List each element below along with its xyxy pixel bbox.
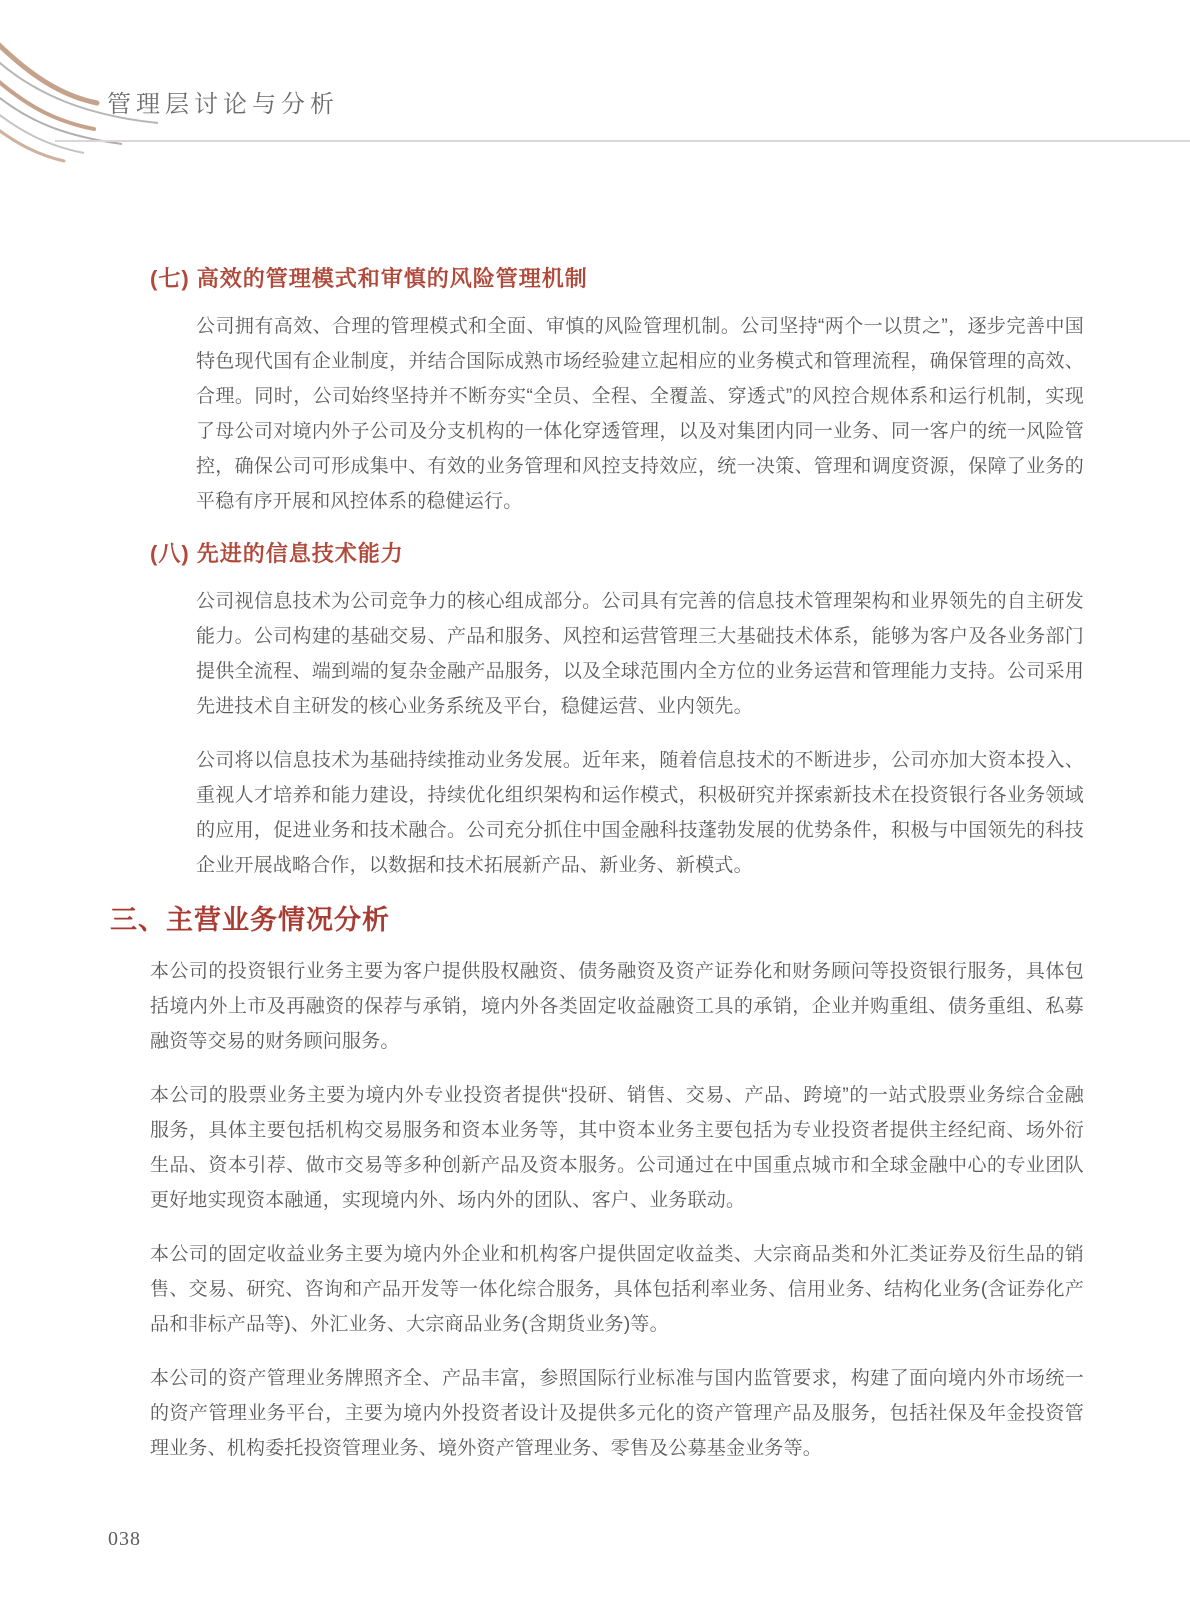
section-8-paragraph-1: 公司视信息技术为公司竞争力的核心组成部分。公司具有完善的信息技术管理架构和业界领… [196, 584, 1084, 724]
page-number: 038 [108, 1528, 141, 1551]
section-8-heading: (八) 先进的信息技术能力 [150, 539, 1084, 569]
content-area: (七) 高效的管理模式和审慎的风险管理机制 公司拥有高效、合理的管理模式和全面、… [150, 264, 1084, 1485]
header-divider [55, 140, 1190, 142]
chapter-paragraph-asset-management: 本公司的资产管理业务牌照齐全、产品丰富，参照国际行业标准与国内监管要求，构建了面… [150, 1361, 1084, 1466]
page-header-title: 管理层讨论与分析 [107, 84, 339, 119]
chapter-paragraph-fixed-income: 本公司的固定收益业务主要为境内外企业和机构客户提供固定收益类、大宗商品类和外汇类… [150, 1237, 1084, 1342]
chapter-paragraph-investment-banking: 本公司的投资银行业务主要为客户提供股权融资、债务融资及资产证券化和财务顾问等投资… [150, 954, 1084, 1059]
chapter-3-heading: 三、主营业务情况分析 [110, 902, 1084, 938]
chapter-paragraph-equities: 本公司的股票业务主要为境内外专业投资者提供“投研、销售、交易、产品、跨境”的一站… [150, 1078, 1084, 1218]
document-page: 管理层讨论与分析 (七) 高效的管理模式和审慎的风险管理机制 公司拥有高效、合理… [0, 0, 1190, 1615]
section-8-paragraph-2: 公司将以信息技术为基础持续推动业务发展。近年来，随着信息技术的不断进步，公司亦加… [196, 743, 1084, 883]
section-7-paragraph: 公司拥有高效、合理的管理模式和全面、审慎的风险管理机制。公司坚持“两个一以贯之”… [196, 309, 1084, 519]
section-7-heading: (七) 高效的管理模式和审慎的风险管理机制 [150, 264, 1084, 294]
